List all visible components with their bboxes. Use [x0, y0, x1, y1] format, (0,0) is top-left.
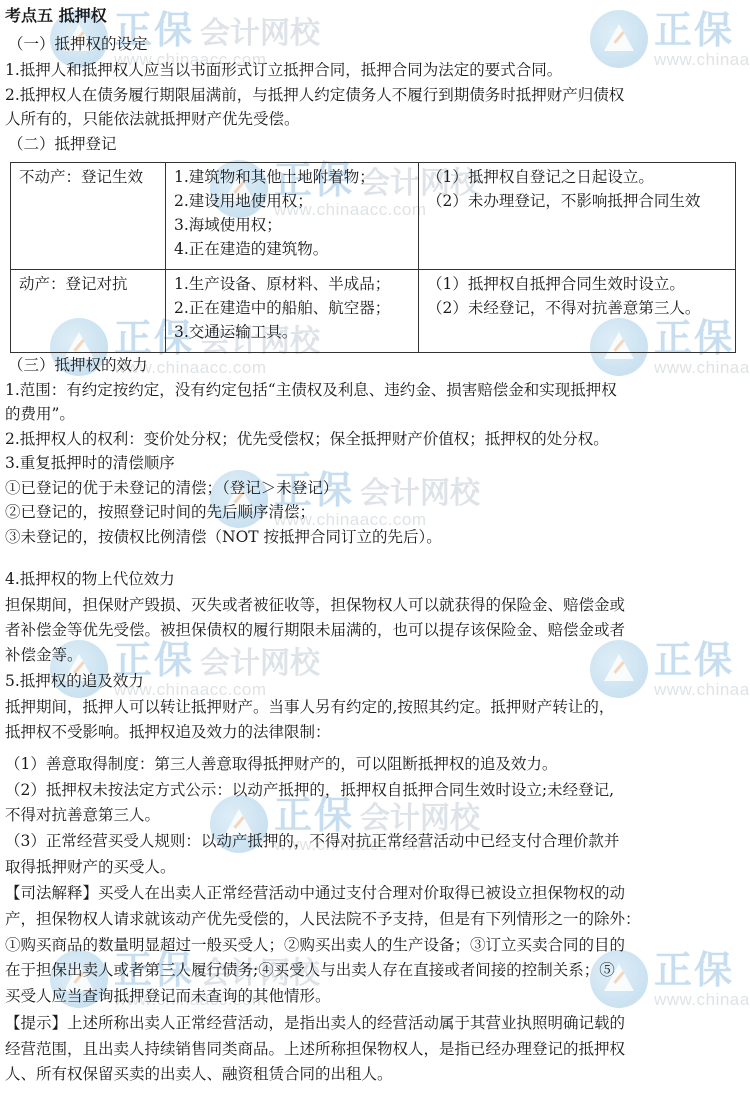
table-row: 动产：登记对抗 1.生产设备、原材料、半成品； 2.正在建造中的船舶、航空器； … [11, 270, 736, 353]
cell-text: 1.建筑物和其他土地附着物； [174, 165, 412, 189]
paragraph: 1.抵押人和抵押权人应当以书面形式订立抵押合同，抵押合同为法定的要式合同。 [5, 58, 562, 82]
table-cell-type: 不动产：登记生效 [11, 163, 166, 270]
watermark-brand: 正保 [654, 948, 734, 992]
watermark: 正保www.chinaacc.com [590, 640, 750, 698]
paragraph: 人所有的，只能依法就抵押财产优先受偿。 [5, 107, 300, 131]
paragraph-line: 补偿金等。 [5, 643, 83, 667]
section-heading-registration: （二）抵押登记 [8, 132, 117, 156]
paragraph-line: 取得抵押财产的买受人。 [5, 855, 176, 879]
paragraph-line: （1）善意取得制度：第三人善意取得抵押财产的，可以阻断抵押权的追及效力。 [5, 752, 557, 776]
watermark: 正保www.chinaacc.com [590, 10, 750, 68]
paragraph-line: 买受人应当查询抵押登记而未查询的其他情形。 [5, 984, 331, 1008]
cell-text: （1）抵押权自登记之日起设立。 [427, 165, 729, 189]
watermark-url: www.chinaacc.com [654, 991, 750, 1008]
watermark-url: www.chinaacc.com [654, 359, 750, 376]
watermark-url: www.chinaacc.com [654, 51, 750, 68]
table-cell-type: 动产：登记对抗 [11, 270, 166, 353]
table-cell-effects: （1）抵押权自登记之日起设立。 （2）未办理登记，不影响抵押合同生效 [419, 163, 736, 270]
paragraph-line: ①已登记的优于未登记的清偿；（登记＞未登记） [5, 476, 338, 500]
paragraph-line: 不得对抗善意第三人。 [5, 803, 160, 827]
table-cell-items: 1.建筑物和其他土地附着物； 2.建设用地使用权； 3.海域使用权； 4.正在建… [166, 163, 419, 270]
watermark-brand-full: 会计网校 [360, 476, 480, 511]
watermark-brand-full: 会计网校 [200, 646, 320, 681]
paragraph-line: 【提示】上述所称出卖人正常经营活动，是指出卖人的经营活动属于其营业执照明确记载的 [5, 1011, 625, 1035]
paragraph-line: 2.抵押权人的权利：变价处分权；优先受偿权；保全抵押财产价值权；抵押权的处分权。 [5, 427, 609, 451]
cell-text: 动产：登记对抗 [19, 272, 159, 296]
cell-text: 3.海域使用权； [174, 213, 412, 237]
page-title: 考点五 抵押权 [5, 4, 107, 28]
paragraph-line: 的费用”。 [5, 402, 75, 426]
paragraph-line: 4.抵押权的物上代位效力 [5, 567, 175, 591]
paragraph-line: 【司法解释】买受人在出卖人正常经营活动中通过支付合理对价取得已被设立担保物权的动 [5, 881, 625, 905]
cell-text: 不动产：登记生效 [19, 165, 159, 189]
cell-text: （2）未经登记，不得对抗善意第三人。 [427, 296, 729, 320]
watermark-logo-icon [590, 10, 648, 68]
registration-table: 不动产：登记生效 1.建筑物和其他土地附着物； 2.建设用地使用权； 3.海域使… [10, 162, 736, 353]
paragraph-line: 抵押权不受影响。抵押权追及效力的法律限制： [5, 720, 331, 744]
section-heading-effect: （三）抵押权的效力 [8, 353, 148, 377]
watermark-url: www.chinaacc.com [654, 681, 750, 698]
cell-text: 2.建设用地使用权； [174, 189, 412, 213]
watermark-brand-full: 会计网校 [200, 16, 320, 51]
paragraph-line: （2）抵押权未按法定方式公示：以动产抵押的，抵押权自抵押合同生效时设立;未经登记… [5, 778, 614, 802]
cell-text: （2）未办理登记，不影响抵押合同生效 [427, 189, 729, 213]
paragraph-line: 3.重复抵押时的清偿顺序 [5, 451, 175, 475]
paragraph-line: ①购买商品的数量明显超过一般买受人；②购买出卖人的生产设备；③订立买卖合同的目的 [5, 933, 625, 957]
paragraph-line: （3）正常经营买受人规则：以动产抵押的，不得对抗正常经营活动中已经支付合理价款并 [5, 829, 619, 853]
paragraph-line: 1.范围：有约定按约定，没有约定包括“主债权及利息、违约金、损害赔偿金和实现抵押… [5, 378, 617, 402]
paragraph-line: ③未登记的，按债权比例清偿（NOT 按抵押合同订立的先后）。 [5, 525, 442, 549]
paragraph-line: ②已登记的，按照登记时间的先后顺序清偿； [5, 500, 315, 524]
table-cell-effects: （1）抵押权自抵押合同生效时设立。 （2）未经登记，不得对抗善意第三人。 [419, 270, 736, 353]
paragraph-line: 抵押期间，抵押人可以转让抵押财产。当事人另有约定的,按照其约定。抵押财产转让的， [5, 695, 614, 719]
watermark-logo-icon [590, 640, 648, 698]
paragraph-line: 人、所有权保留买卖的出卖人、融资租赁合同的出租人。 [5, 1062, 393, 1086]
paragraph-line: 经营范围，且出卖人持续销售同类商品。上述所称担保物权人，是指已经办理登记的抵押权 [5, 1037, 625, 1061]
cell-text: 1.生产设备、原材料、半成品； [174, 272, 412, 296]
paragraph-line: 担保期间，担保财产毁损、灭失或者被征收等，担保物权人可以就获得的保险金、赔偿金或 [5, 593, 625, 617]
paragraph-line: 5.抵押权的追及效力 [5, 669, 144, 693]
paragraph-line: 在于担保出卖人或者第三人履行债务;④买受人与出卖人存在直接或者间接的控制关系；⑤ [5, 958, 615, 982]
table-cell-items: 1.生产设备、原材料、半成品； 2.正在建造中的船舶、航空器； 3.交通运输工具… [166, 270, 419, 353]
paragraph: 2.抵押权人在债务履行期限届满前，与抵押人约定债务人不履行到期债务时抵押财产归债… [5, 83, 624, 107]
table-row: 不动产：登记生效 1.建筑物和其他土地附着物； 2.建设用地使用权； 3.海域使… [11, 163, 736, 270]
watermark-brand: 正保 [654, 8, 734, 52]
cell-text: （1）抵押权自抵押合同生效时设立。 [427, 272, 729, 296]
paragraph-line: 者补偿金等优先受偿。被担保债权的履行期限未届满的，也可以提存该保险金、赔偿金或者 [5, 618, 625, 642]
section-heading-setup: （一）抵押权的设定 [8, 32, 148, 56]
cell-text: 4.正在建造的建筑物。 [174, 237, 412, 261]
cell-text: 2.正在建造中的船舶、航空器； [174, 296, 412, 320]
watermark-brand: 正保 [654, 638, 734, 682]
cell-text: 3.交通运输工具。 [174, 320, 412, 344]
paragraph-line: 产，担保物权人请求就该动产优先受偿的，人民法院不予支持，但是有下列情形之一的除外… [5, 907, 641, 931]
